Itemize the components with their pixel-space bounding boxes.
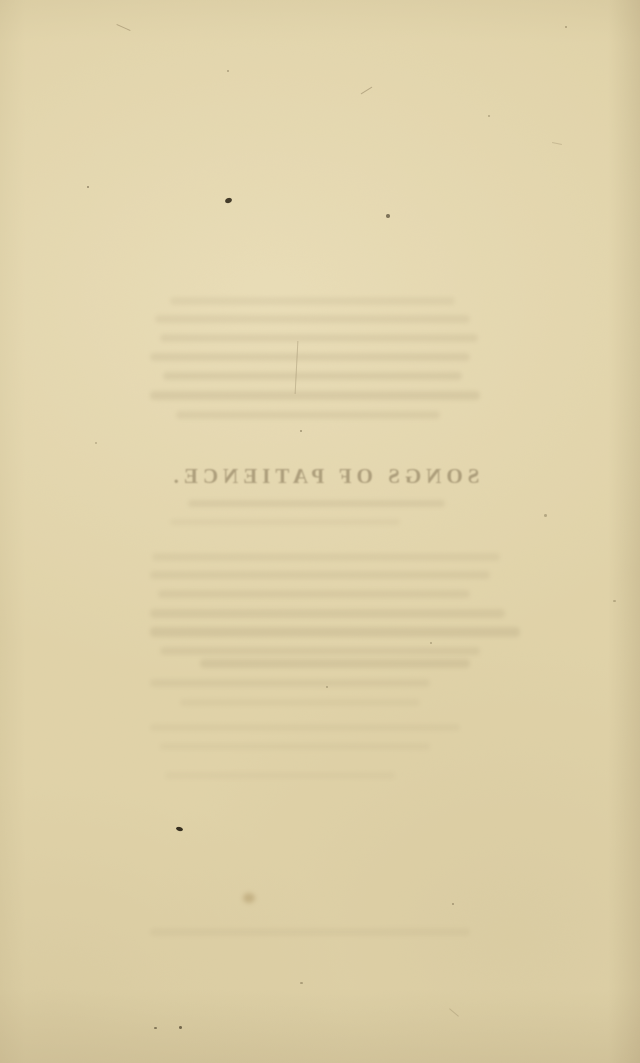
bleedthrough-line — [158, 590, 470, 598]
bleedthrough-line — [152, 553, 500, 561]
bleedthrough-line — [155, 315, 470, 323]
ink-speck — [176, 826, 184, 832]
ink-speck — [300, 982, 303, 984]
ink-speck — [488, 115, 490, 117]
ink-speck — [430, 642, 432, 644]
bleedthrough-line — [160, 647, 480, 655]
ink-speck — [87, 186, 89, 188]
bleedthrough-line — [150, 353, 470, 361]
bleedthrough-line — [150, 391, 480, 400]
bleedthrough-line — [163, 372, 462, 380]
ink-speck — [386, 214, 390, 218]
ink-speck — [227, 70, 229, 72]
ink-speck — [544, 514, 547, 517]
bleedthrough-line — [160, 743, 430, 750]
paper-fiber — [116, 24, 130, 31]
paper-grain-texture — [0, 0, 640, 1063]
ink-speck — [179, 1026, 182, 1029]
bleedthrough-line — [170, 297, 455, 305]
paper-shading — [0, 0, 640, 1063]
bleedthrough-line — [160, 334, 478, 342]
ink-speck — [95, 442, 97, 444]
ink-speck — [300, 430, 302, 432]
bleedthrough-line — [180, 699, 420, 706]
bleedthrough-line — [150, 928, 470, 936]
ink-speck — [326, 686, 328, 688]
paper-fiber — [361, 87, 373, 95]
bleedthrough-line — [150, 627, 520, 637]
bleedthrough-line — [170, 519, 400, 525]
bleedthrough-line — [150, 724, 460, 731]
bleedthrough-line — [200, 659, 470, 668]
bleedthrough-mirror-layer: SONGS OF PATIENCE. — [0, 0, 640, 1063]
scanned-book-page: SONGS OF PATIENCE. — [0, 0, 640, 1063]
bleedthrough-line — [150, 571, 490, 579]
bleedthrough-line — [150, 679, 430, 687]
paper-fiber — [552, 142, 562, 145]
ink-speck — [565, 26, 567, 28]
ink-speck — [452, 903, 454, 905]
bleedthrough-line — [150, 609, 505, 618]
bleedthrough-title: SONGS OF PATIENCE. — [168, 461, 480, 491]
foxing-smudge — [243, 893, 255, 903]
ink-speck — [613, 600, 616, 602]
bleedthrough-line — [188, 500, 445, 507]
ink-speck — [224, 197, 232, 204]
ink-speck — [154, 1027, 157, 1029]
bleedthrough-line — [176, 411, 440, 419]
bleedthrough-line — [165, 772, 395, 779]
paper-scratch — [295, 341, 299, 394]
paper-fiber — [449, 1008, 459, 1016]
